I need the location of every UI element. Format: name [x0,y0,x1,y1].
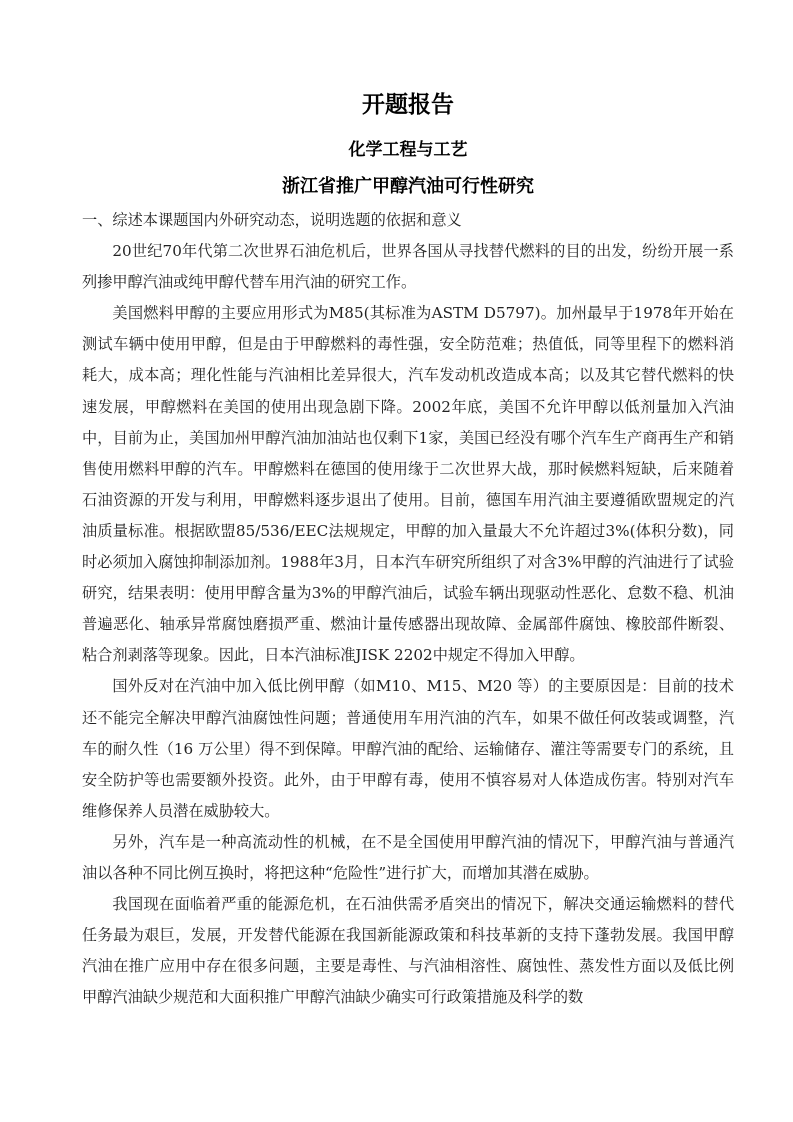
paragraph-1: 20世纪70年代第二次世界石油危机后，世界各国从寻找替代燃料的目的出发，纷纷开展… [82,236,734,298]
paragraph-5: 我国现在面临着严重的能源危机，在石油供需矛盾突出的情况下，解决交通运输燃料的替代… [82,889,734,1013]
paragraph-3: 国外反对在汽油中加入低比例甲醇（如M10、M15、M20 等）的主要原因是：目前… [82,671,734,826]
major-title: 化学工程与工艺 [82,135,734,160]
paragraph-2: 美国燃料甲醇的主要应用形式为M85(其标准为ASTM D5797)。加州最早于1… [82,298,734,671]
report-title: 开题报告 [82,86,734,119]
section-heading: 一、综述本课题国内外研究动态，说明选题的依据和意义 [82,205,734,236]
thesis-title: 浙江省推广甲醇汽油可行性研究 [82,172,734,198]
paragraph-4: 另外，汽车是一种高流动性的机械，在不是全国使用甲醇汽油的情况下，甲醇汽油与普通汽… [82,827,734,889]
body-text: 一、综述本课题国内外研究动态，说明选题的依据和意义 20世纪70年代第二次世界石… [82,205,734,1013]
